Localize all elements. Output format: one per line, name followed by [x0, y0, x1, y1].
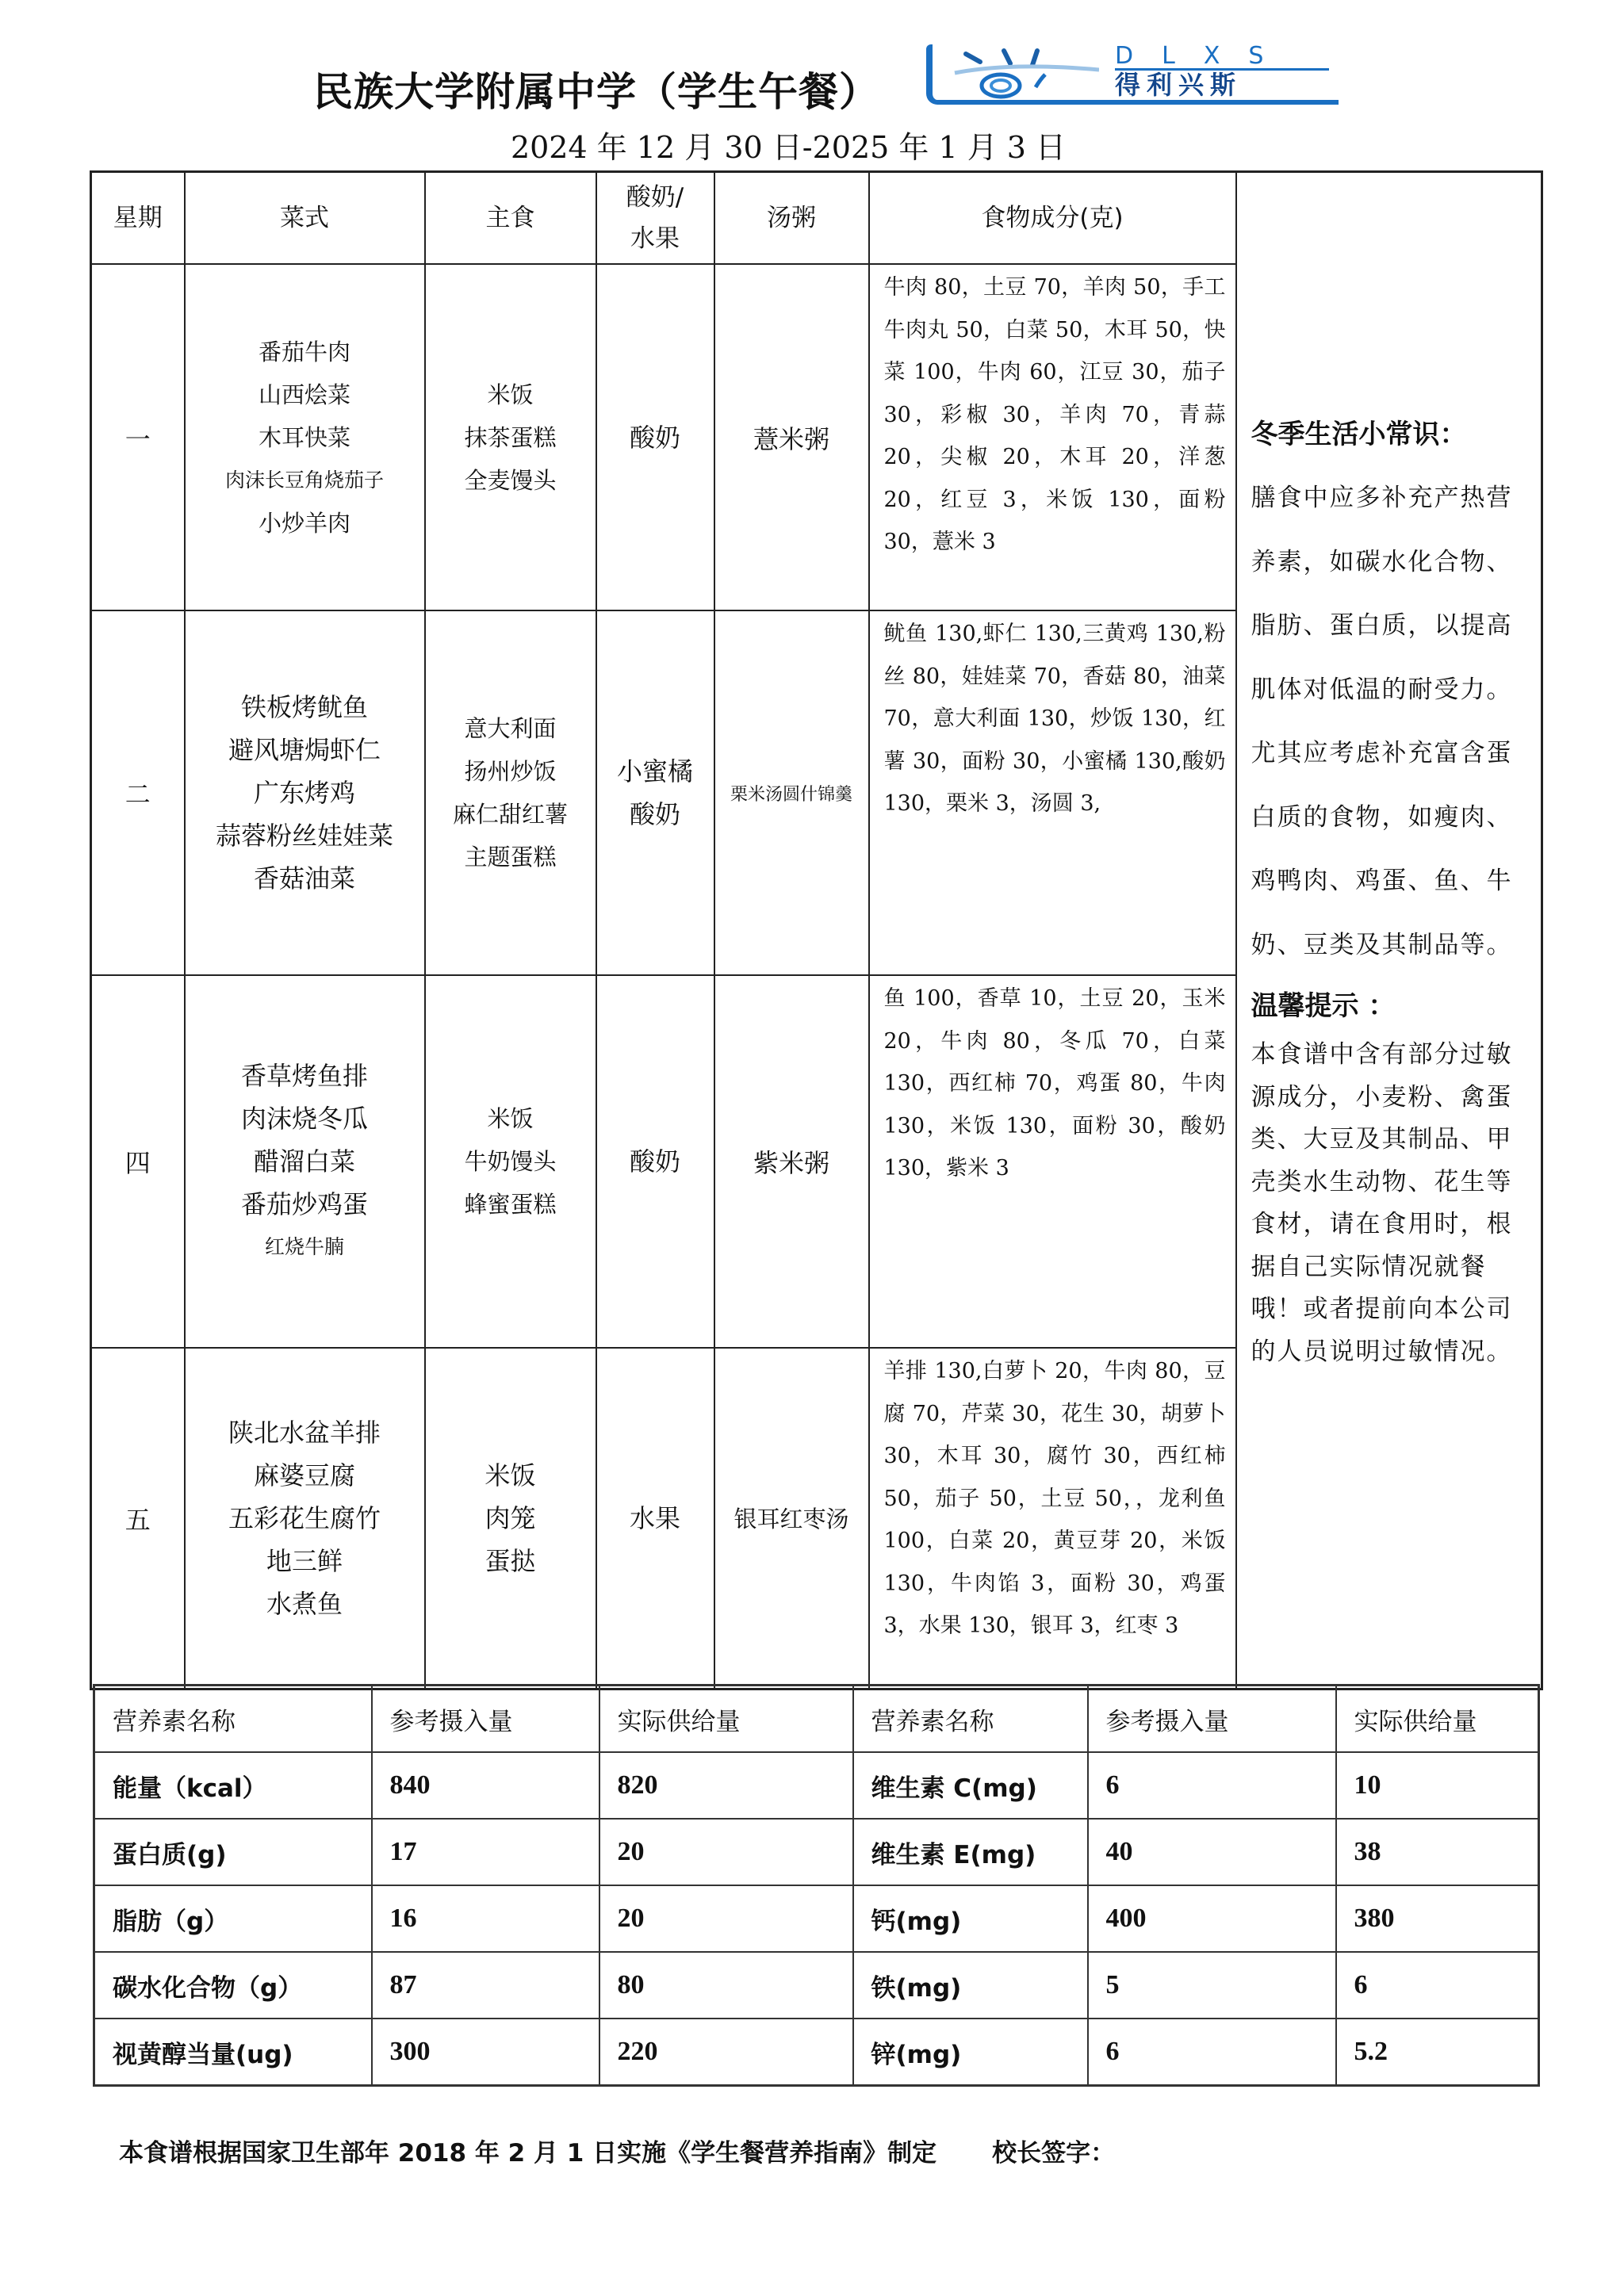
- yogurt-fruit-cell: 酸奶: [596, 975, 714, 1348]
- col-weekday: 星期: [91, 172, 185, 265]
- weekly-menu-table: 星期 菜式 主食 酸奶/ 水果 汤粥 食物成分(克) 冬季生活小常识： 膳食中应…: [90, 170, 1543, 1690]
- nutrition-row: 脂肪（g） 16 20 钙(mg) 400 380: [94, 1885, 1539, 1952]
- nutrition-col-name: 营养素名称: [853, 1686, 1088, 1753]
- menu-header-row: 星期 菜式 主食 酸奶/ 水果 汤粥 食物成分(克) 冬季生活小常识： 膳食中应…: [91, 172, 1542, 265]
- document-header: 民族大学附属中学（学生午餐） DLXS 得利兴斯 2024 年 12 月 30 …: [0, 0, 1624, 170]
- reminder-body: 本食谱中含有部分过敏源成分，小麦粉、禽蛋类、大豆及其制品、甲壳类水生动物、花生等…: [1251, 1034, 1532, 1373]
- page-title: 民族大学附属中学（学生午餐）: [313, 60, 879, 117]
- col-soup: 汤粥: [714, 172, 869, 265]
- nutrition-row: 能量（kcal） 840 820 维生素 C(mg) 6 10: [94, 1752, 1539, 1819]
- nutrition-col-reference: 参考摄入量: [372, 1686, 599, 1753]
- nutrition-row: 碳水化合物（g） 87 80 铁(mg) 5 6: [94, 1952, 1539, 2019]
- nutrition-row: 蛋白质(g) 17 20 维生素 E(mg) 40 38: [94, 1819, 1539, 1885]
- ingredients-cell: 鱼 100，香草 10，土豆 20，玉米 20，牛肉 80，冬瓜 70，白菜 1…: [869, 975, 1236, 1348]
- dishes-cell: 铁板烤鱿鱼 避风塘焗虾仁 广东烤鸡 蒜蓉粉丝娃娃菜 香菇油菜: [185, 610, 425, 975]
- staple-cell: 意大利面 扬州炒饭 麻仁甜红薯 主题蛋糕: [425, 610, 596, 975]
- col-ingredients: 食物成分(克): [869, 172, 1236, 265]
- col-yogurt-fruit: 酸奶/ 水果: [596, 172, 714, 265]
- yogurt-fruit-cell: 水果: [596, 1348, 714, 1689]
- nutrition-col-name: 营养素名称: [94, 1686, 372, 1753]
- principal-signature-label: 校长签字：: [992, 2139, 1115, 2168]
- dishes-cell: 香草烤鱼排 肉沫烧冬瓜 醋溜白菜 番茄炒鸡蛋 红烧牛腩: [185, 975, 425, 1348]
- staple-cell: 米饭 抹茶蛋糕 全麦馒头: [425, 264, 596, 610]
- ingredients-cell: 鱿鱼 130,虾仁 130,三黄鸡 130,粉丝 80，娃娃菜 70，香菇 80…: [869, 610, 1236, 975]
- yogurt-fruit-cell: 小蜜橘 酸奶: [596, 610, 714, 975]
- soup-cell: 银耳红枣汤: [714, 1348, 869, 1689]
- eye-swirl-logo-icon: [948, 46, 1099, 100]
- yogurt-fruit-cell: 酸奶: [596, 264, 714, 610]
- nutrition-col-actual: 实际供给量: [1336, 1686, 1539, 1753]
- nutrition-header-row: 营养素名称 参考摄入量 实际供给量 营养素名称 参考摄入量 实际供给量: [94, 1686, 1539, 1753]
- soup-cell: 薏米粥: [714, 264, 869, 610]
- logo-text-cn: 得利兴斯: [1115, 71, 1242, 98]
- dishes-cell: 陕北水盆羊排 麻婆豆腐 五彩花生腐竹 地三鲜 水煮鱼: [185, 1348, 425, 1689]
- winter-tips-title: 冬季生活小常识：: [1251, 403, 1532, 466]
- soup-cell: 栗米汤圆什锦羹: [714, 610, 869, 975]
- nutrition-col-actual: 实际供给量: [599, 1686, 853, 1753]
- nutrition-table: 营养素名称 参考摄入量 实际供给量 营养素名称 参考摄入量 实际供给量 能量（k…: [93, 1684, 1540, 2087]
- weekday-cell: 四: [91, 975, 185, 1348]
- ingredients-cell: 牛肉 80，土豆 70，羊肉 50，手工牛肉丸 50，白菜 50，木耳 50，快…: [869, 264, 1236, 610]
- company-logo: DLXS 得利兴斯: [926, 44, 1339, 105]
- weekday-cell: 二: [91, 610, 185, 975]
- ingredients-cell: 羊排 130,白萝卜 20，牛肉 80，豆腐 70，芹菜 30，花生 30，胡萝…: [869, 1348, 1236, 1689]
- guideline-basis-note: 本食谱根据国家卫生部年 2018 年 2 月 1 日实施《学生餐营养指南》制定: [119, 2139, 936, 2168]
- logo-text-en: DLXS: [1115, 44, 1329, 71]
- date-range: 2024 年 12 月 30 日-2025 年 1 月 3 日: [0, 123, 1624, 166]
- document-footer: 本食谱根据国家卫生部年 2018 年 2 月 1 日实施《学生餐营养指南》制定校…: [119, 2133, 1115, 2168]
- dishes-cell: 番茄牛肉 山西烩菜 木耳快菜 肉沫长豆角烧茄子 小炒羊肉: [185, 264, 425, 610]
- soup-cell: 紫米粥: [714, 975, 869, 1348]
- reminder-title: 温馨提示 ：: [1251, 978, 1532, 1034]
- weekday-cell: 五: [91, 1348, 185, 1689]
- weekday-cell: 一: [91, 264, 185, 610]
- staple-cell: 米饭 肉笼 蛋挞: [425, 1348, 596, 1689]
- col-staple: 主食: [425, 172, 596, 265]
- nutrition-col-reference: 参考摄入量: [1088, 1686, 1336, 1753]
- nutrition-row: 视黄醇当量(ug) 300 220 锌(mg) 6 5.2: [94, 2019, 1539, 2086]
- sidebar-notes: 冬季生活小常识： 膳食中应多补充产热营养素，如碳水化合物、脂肪、蛋白质，以提高肌…: [1236, 172, 1542, 1689]
- winter-tips-body: 膳食中应多补充产热营养素，如碳水化合物、脂肪、蛋白质，以提高肌体对低温的耐受力。…: [1251, 466, 1532, 977]
- staple-cell: 米饭 牛奶馒头 蜂蜜蛋糕: [425, 975, 596, 1348]
- col-dishes: 菜式: [185, 172, 425, 265]
